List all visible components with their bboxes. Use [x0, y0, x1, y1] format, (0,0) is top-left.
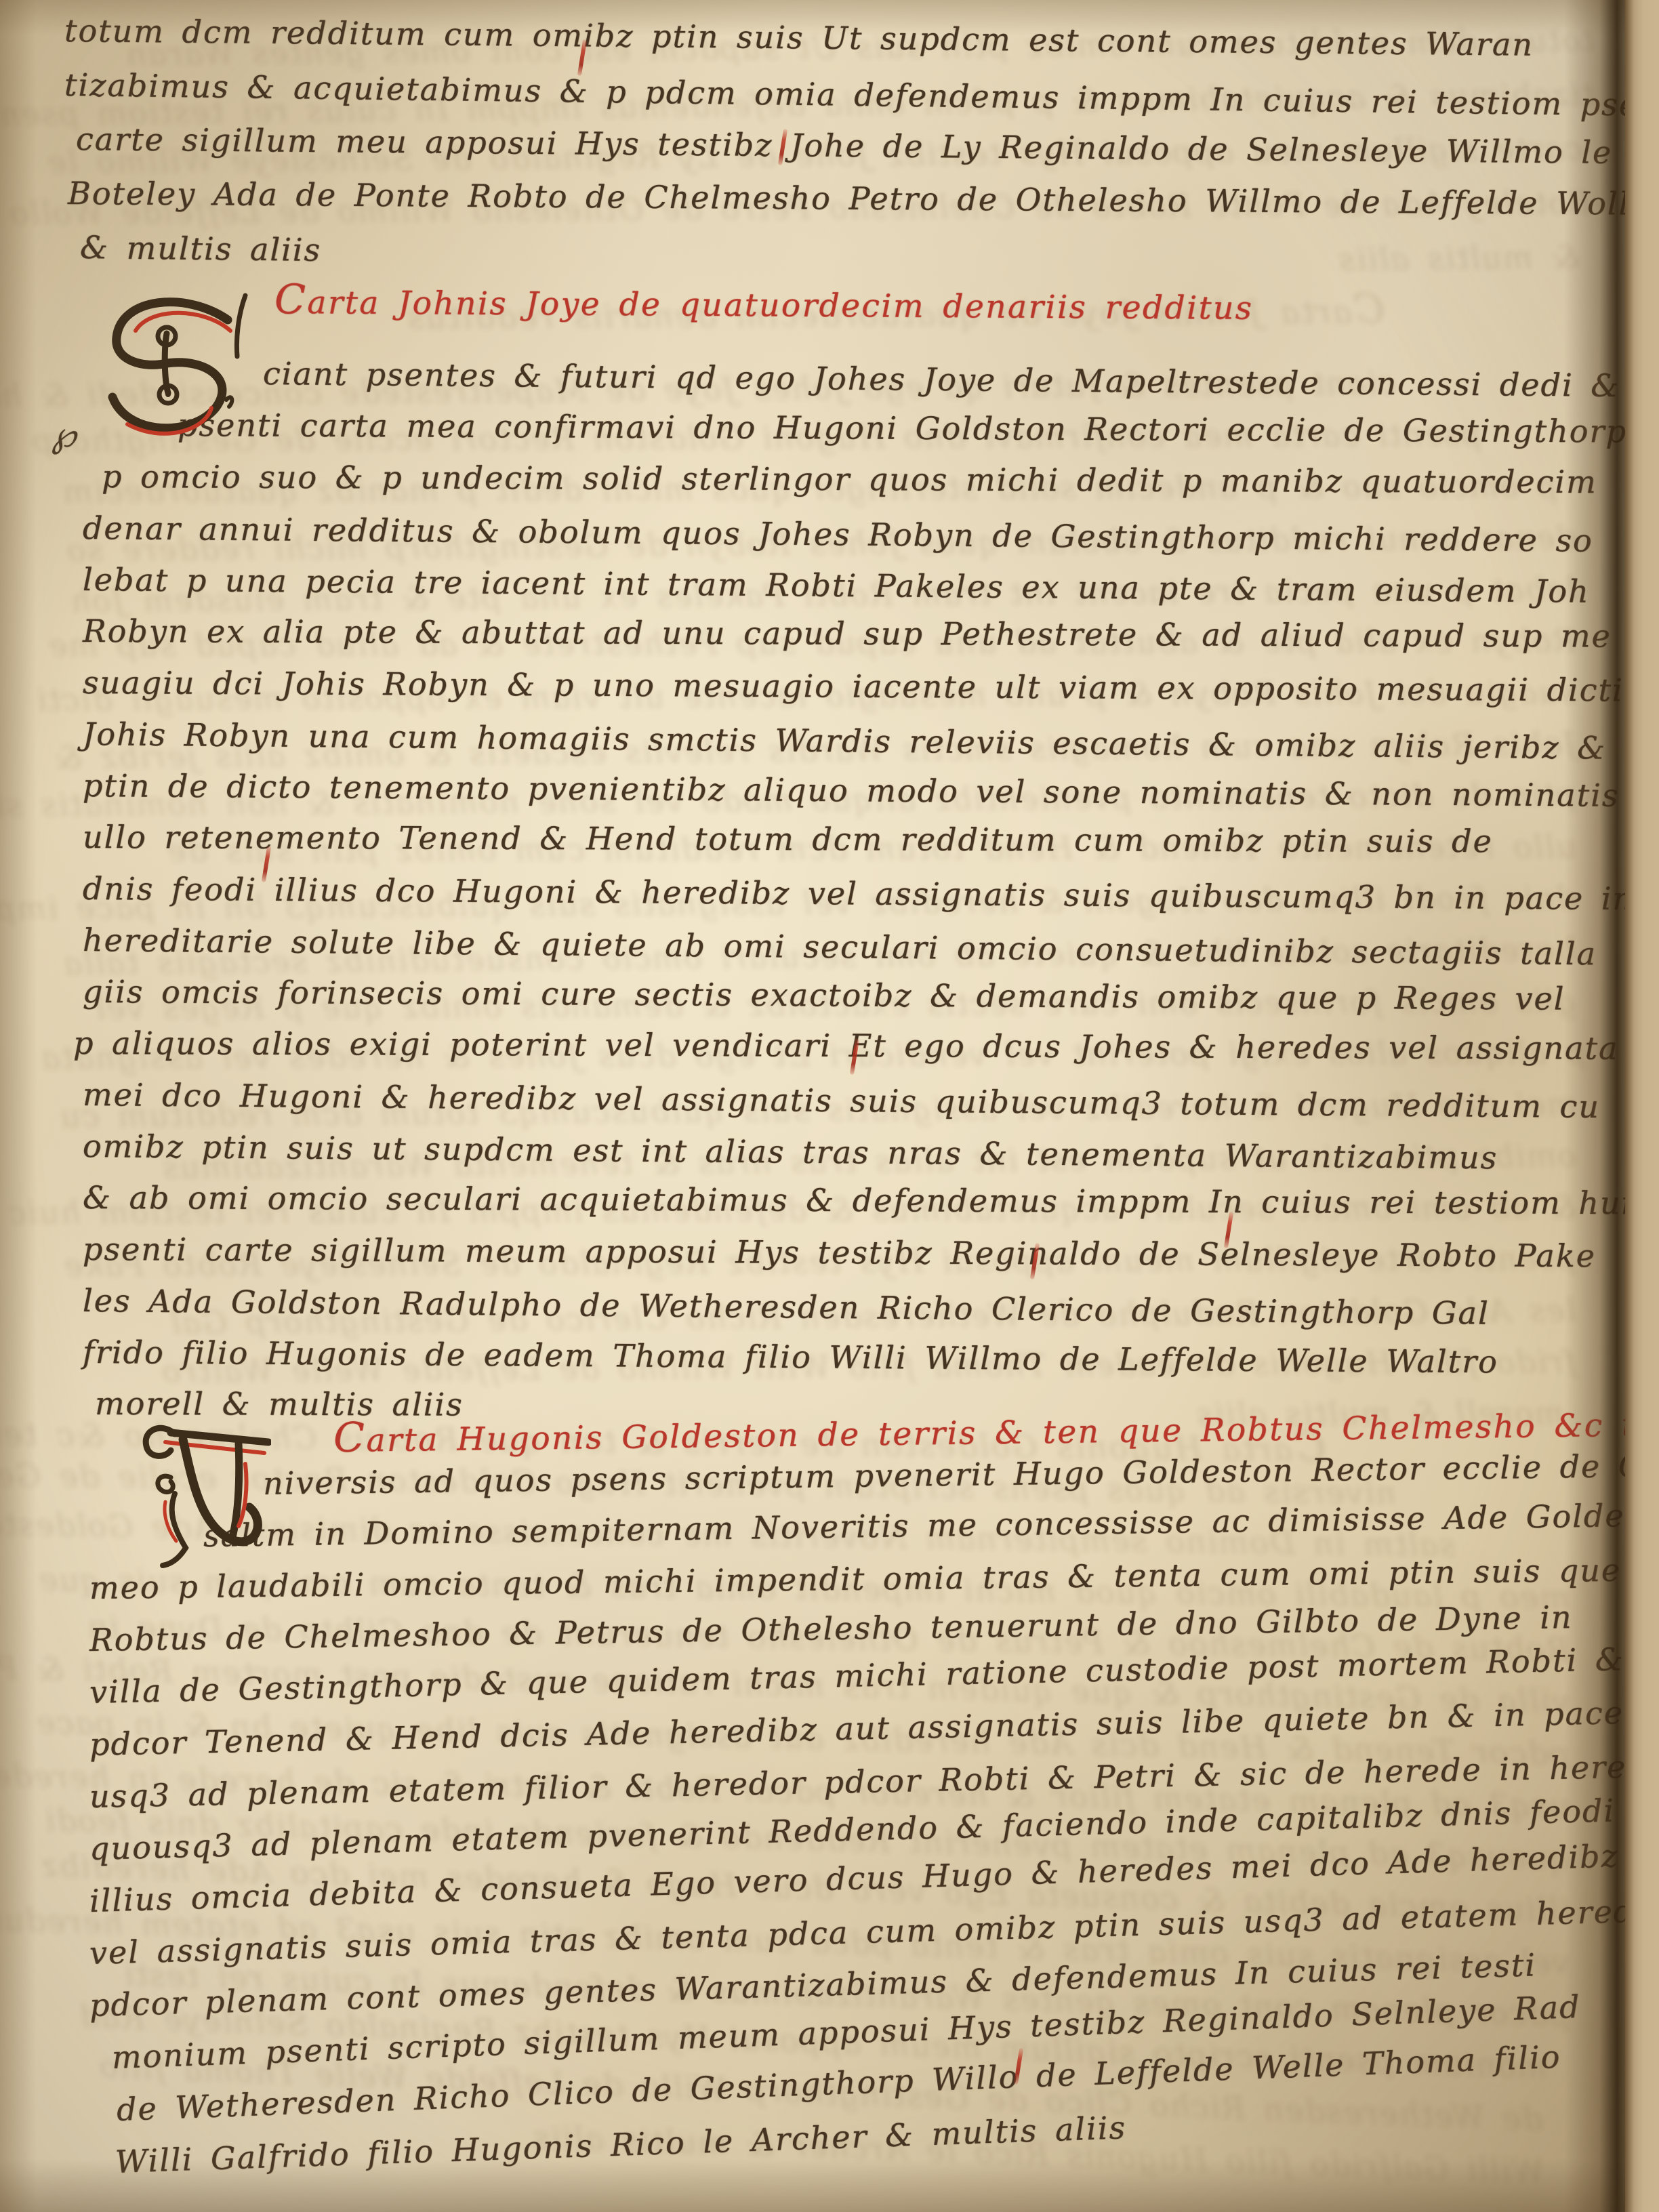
manuscript-line: Johis Robyn una cum homagiis smctis Ward… [83, 718, 1607, 764]
manuscript-line: p aliquos alios exigi poterint vel vendi… [73, 1027, 1619, 1064]
manuscript-line: & ab omi omcio seculari acquietabimus & … [83, 1182, 1652, 1218]
manuscript-line: suagiu dci Johis Robyn & p uno mesuagio … [83, 667, 1624, 705]
manuscript-line: psenti carta mea confirmavi dno Hugoni G… [178, 409, 1627, 447]
manuscript-line: Robyn ex alia pte & abuttat ad unu capud… [83, 615, 1612, 652]
manuscript-page: totum dcm redditum cum omibz ptin suis U… [0, 0, 1659, 2212]
manuscript-line: carte sigillum meu apposui Hys testibz J… [76, 123, 1613, 168]
manuscript-line: frido filio Hugonis de eadem Thoma filio… [83, 1336, 1498, 1377]
manuscript-line: denar annui redditus & obolum quos Johes… [83, 512, 1593, 556]
manuscript-line: les Ada Goldston Radulpho de Wetheresden… [83, 1285, 1490, 1329]
manuscript-line: omibz ptin suis ut supdcm est int alias … [83, 1130, 1498, 1173]
manuscript-line: tizabimus & acquietabimus & p pdcm omia … [64, 69, 1659, 121]
manuscript-line: p omcio suo & p undecim solid sterlingor… [102, 461, 1597, 497]
next-page-edge [1625, 0, 1659, 2212]
manuscript-line: ullo retenemento Tenend & Hend totum dcm… [83, 821, 1493, 857]
manuscript-line: lebat p una pecia tre iacent int tram Ro… [83, 564, 1590, 607]
manuscript-line: hereditarie solute libe & quiete ab omi … [83, 924, 1597, 969]
manuscript-line: giis omcis forinsecis omi cure sectis ex… [83, 976, 1565, 1015]
manuscript-line-ghost: & multis aliis [1338, 241, 1580, 275]
manuscript-line: mei dco Hugoni & heredibz vel assignatis… [83, 1079, 1600, 1122]
manuscript-line: dnis feodi illius dco Hugoni & heredibz … [83, 873, 1659, 915]
manuscript-line: pdcor Tenend & Hend dcis Ade heredibz au… [89, 1697, 1624, 1760]
manuscript-line: & multis aliis [80, 232, 322, 266]
manuscript-line: saltm in Domino sempiternam Noveritis me… [203, 1498, 1659, 1551]
manuscript-line: morell & multis aliis [95, 1388, 464, 1420]
decorated-initial-s [85, 291, 260, 441]
manuscript-line: Boteley Ada de Ponte Robto de Chelmesho … [68, 178, 1650, 220]
manuscript-line: ciant psentes & futuri qd ego Johes Joye… [263, 358, 1659, 402]
manuscript-line: meo p laudabili omcio quod michi impendi… [89, 1555, 1622, 1603]
rubric-carta-johannis-joye: Carta Johnis Joye de quatuordecim denari… [274, 279, 1254, 326]
manuscript-line: ptin de dicto tenemento pvenientibz aliq… [83, 770, 1659, 811]
manuscript-line: totum dcm redditum cum omibz ptin suis U… [64, 15, 1534, 60]
decorated-initial-u [136, 1419, 271, 1575]
margin-mark: ℘ [52, 415, 76, 455]
manuscript-line: psenti carte sigillum meum apposui Hys t… [83, 1233, 1596, 1271]
